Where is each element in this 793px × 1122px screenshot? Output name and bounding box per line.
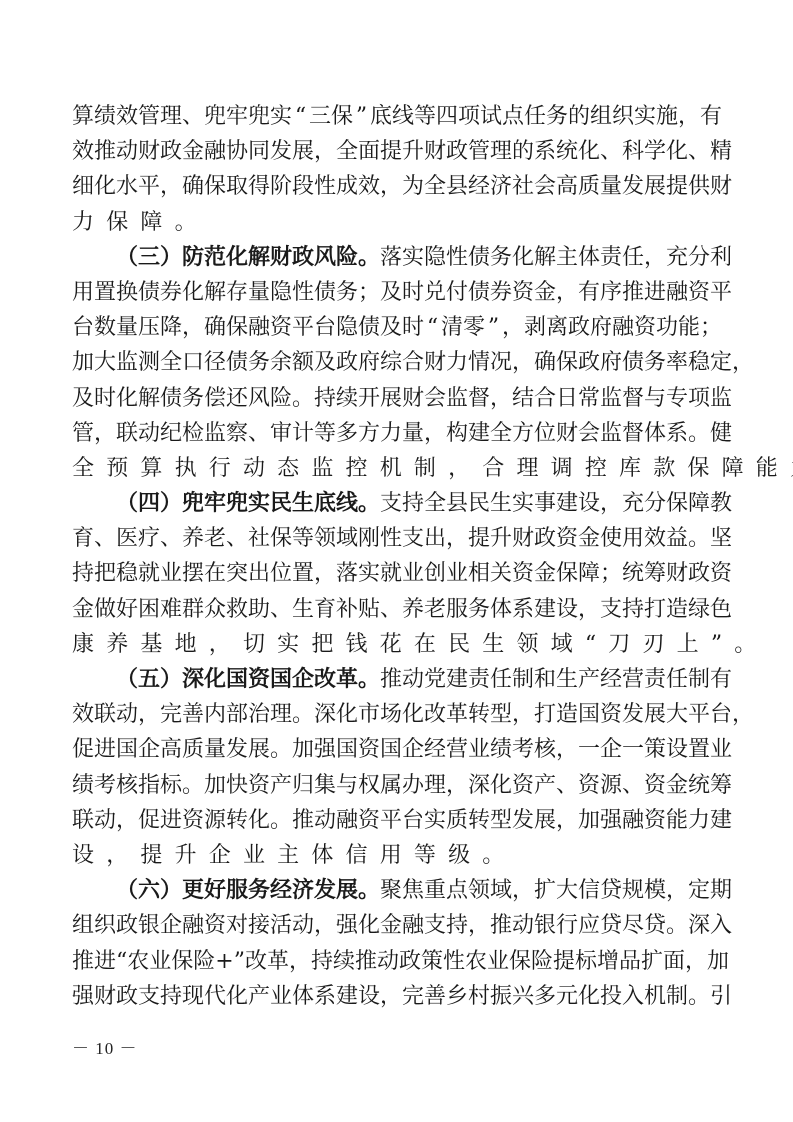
text-line: （三）防范化解财政风险。落实隐性债务化解主体责任，充分利	[72, 240, 722, 275]
text-line: 台数量压降，确保融资平台隐债及时“清零”，剥离政府融资功能；	[72, 310, 722, 345]
text-line: 效联动，完善内部治理。深化市场化改革转型，打造国资发展大平台，	[72, 697, 722, 732]
text-line: 及时化解债务偿还风险。持续开展财会监督，结合日常监督与专项监	[72, 381, 722, 416]
text-line: 全预算执行动态监控机制，合理调控库款保障能力。	[72, 451, 722, 486]
text-line: 力保障。	[72, 205, 722, 240]
text-line: 康养基地，切实把钱花在民生领域“刀刃上”。	[72, 627, 722, 662]
text-line: 细化水平，确保取得阶段性成效，为全县经济社会高质量发展提供财	[72, 169, 722, 204]
text-line: 设，提升企业主体信用等级。	[72, 838, 722, 873]
text-line: 促进国企高质量发展。加强国资国企经营业绩考核，一企一策设置业	[72, 732, 722, 767]
paragraph-p-4: （四）兜牢兜实民生底线。支持全县民生实事建设，充分保障教育、医疗、养老、社保等领…	[72, 486, 722, 662]
text-line: 用置换债券化解存量隐性债务；及时兑付债券资金，有序推进融资平	[72, 275, 722, 310]
text-line: 加大监测全口径债务余额及政府综合财力情况，确保政府债务率稳定，	[72, 345, 722, 380]
text-line: 管，联动纪检监察、审计等多方力量，构建全方位财会监督体系。健	[72, 416, 722, 451]
page-number: － 10 －	[72, 1034, 138, 1059]
text-line: （四）兜牢兜实民生底线。支持全县民生实事建设，充分保障教	[72, 486, 722, 521]
text-line: （六）更好服务经济发展。聚焦重点领域，扩大信贷规模，定期	[72, 873, 722, 908]
text-line: （五）深化国资国企改革。推动党建责任制和生产经营责任制有	[72, 662, 722, 697]
text-line: 金做好困难群众救助、生育补贴、养老服务体系建设，支持打造绿色	[72, 592, 722, 627]
paragraph-p-continuation: 算绩效管理、兜牢兜实“三保”底线等四项试点任务的组织实施，有效推动财政金融协同发…	[72, 99, 722, 240]
text-line: 推进“农业保险+”改革，持续推动政策性农业保险提标增品扩面，加	[72, 944, 722, 979]
text-line: 强财政支持现代化产业体系建设，完善乡村振兴多元化投入机制。引	[72, 979, 722, 1014]
paragraph-p-3: （三）防范化解财政风险。落实隐性债务化解主体责任，充分利用置换债券化解存量隐性债…	[72, 240, 722, 486]
text-line: 育、医疗、养老、社保等领域刚性支出，提升财政资金使用效益。坚	[72, 521, 722, 556]
paragraph-p-6: （六）更好服务经济发展。聚焦重点领域，扩大信贷规模，定期组织政银企融资对接活动，…	[72, 873, 722, 1014]
text-line: 绩考核指标。加快资产归集与权属办理，深化资产、资源、资金统筹	[72, 768, 722, 803]
text-line: 组织政银企融资对接活动，强化金融支持，推动银行应贷尽贷。深入	[72, 908, 722, 943]
text-line: 效推动财政金融协同发展，全面提升财政管理的系统化、科学化、精	[72, 134, 722, 169]
text-line: 算绩效管理、兜牢兜实“三保”底线等四项试点任务的组织实施，有	[72, 99, 722, 134]
text-line: 联动，促进资源转化。推动融资平台实质转型发展，加强融资能力建	[72, 803, 722, 838]
text-line: 持把稳就业摆在突出位置，落实就业创业相关资金保障；统筹财政资	[72, 556, 722, 591]
paragraph-p-5: （五）深化国资国企改革。推动党建责任制和生产经营责任制有效联动，完善内部治理。深…	[72, 662, 722, 873]
document-body: 算绩效管理、兜牢兜实“三保”底线等四项试点任务的组织实施，有效推动财政金融协同发…	[72, 99, 722, 1014]
